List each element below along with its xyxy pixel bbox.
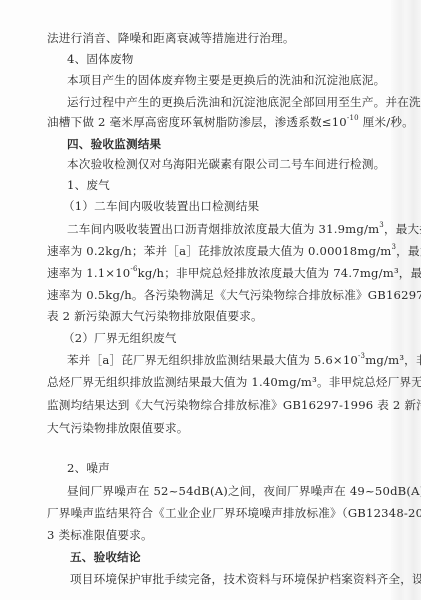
text-segment: ，最大排放 [396, 244, 421, 258]
text-segment: 厘米/秒。 [359, 115, 414, 129]
superscript: -10 [347, 114, 359, 122]
text-line: 运行过程中产生的更换后洗油和沉淀池底泥全部回用至生产。并在洗 [67, 95, 421, 109]
text-line: 1、废气 [67, 178, 110, 192]
text-line: 速率为 1.1×10-6kg/h；非甲烷总烃排放浓度最大值为 74.7mg/m³… [47, 266, 421, 280]
text-line: 本项目产生的固体废弃物主要是更换后的洗油和沉淀池底泥。 [67, 73, 385, 87]
document-page: 法进行消音、降噪和距离衰减等措施进行治理。4、固体废物本项目产生的固体废弃物主要… [0, 0, 421, 600]
text-segment: 油槽下做 2 毫米厚高密度环氧树脂防渗层，渗透系数≤10 [47, 115, 347, 129]
text-segment: 速率为 1.1×10 [47, 266, 130, 280]
text-segment: 二车间内吸收装置出口沥青烟排放浓度最大值为 31.9mg/m [67, 222, 379, 236]
superscript: 3 [392, 243, 397, 251]
text-segment: kg/h；非甲烷总烃排放浓度最大值为 74.7mg/m³，最大排放 [138, 266, 421, 280]
section-heading: 四、验收监测结果 [67, 137, 161, 151]
text-line: 法进行消音、降噪和距离衰减等措施进行治理。 [47, 31, 295, 45]
text-segment: mg/m³，非甲烷 [365, 353, 421, 367]
text-line: 大气污染物排放限值要求。 [47, 421, 189, 435]
text-line: 油槽下做 2 毫米厚高密度环氧树脂防渗层，渗透系数≤10-10 厘米/秒。 [47, 115, 414, 129]
text-segment: 速率为 0.2kg/h；苯并［a］芘排放浓度最大值为 0.00018mg/m [47, 244, 392, 258]
text-line: 苯并［a］芘厂界无组织排放监测结果最大值为 5.6×10-3mg/m³，非甲烷 [67, 353, 421, 367]
text-line: 速率为 0.2kg/h；苯并［a］芘排放浓度最大值为 0.00018mg/m3，… [47, 244, 421, 258]
text-line: 厂界噪声监结果符合《工业企业厂界环境噪声排放标准》（GB12348-2008） [47, 506, 421, 520]
superscript: -6 [130, 265, 137, 273]
text-line: 表 2 新污染源大气污染物排放限值要求。 [47, 309, 263, 323]
text-line: 速率为 0.5kg/h。各污染物满足《大气污染物综合排放标准》GB16297-1… [47, 288, 421, 302]
text-line: 项目环境保护审批手续完备，技术资料与环境保护档案资料齐全，设 [70, 572, 421, 586]
text-line: 3 类标准限值要求。 [47, 528, 153, 542]
text-line: （1）二车间内吸收装置出口检测结果 [63, 199, 259, 213]
text-line: 总烃厂界无组织排放监测结果最大值为 1.40mg/m³。非甲烷总烃厂界无组织 [47, 375, 421, 389]
superscript: 3 [379, 221, 384, 229]
text-line: 监测均结果达到《大气污染物综合排放标准》GB16297-1996 表 2 新污染… [47, 398, 421, 412]
text-line: 昼间厂界噪声在 52~54dB(A)之间，夜间厂界噪声在 49~50dB(A)之… [67, 484, 421, 498]
superscript: -3 [358, 352, 365, 360]
text-line: 4、固体废物 [67, 52, 134, 66]
section-heading: 五、验收结论 [70, 550, 141, 564]
text-segment: ，最大排放 [384, 222, 421, 236]
text-segment: 苯并［a］芘厂界无组织排放监测结果最大值为 5.6×10 [67, 353, 358, 367]
text-line: 2、噪声 [67, 461, 110, 475]
text-line: 二车间内吸收装置出口沥青烟排放浓度最大值为 31.9mg/m3，最大排放 [67, 222, 421, 236]
text-line: （2）厂界无组织废气 [63, 331, 177, 345]
text-line: 本次验收检测仅对乌海阳光碳素有限公司二号车间进行检测。 [67, 157, 385, 171]
